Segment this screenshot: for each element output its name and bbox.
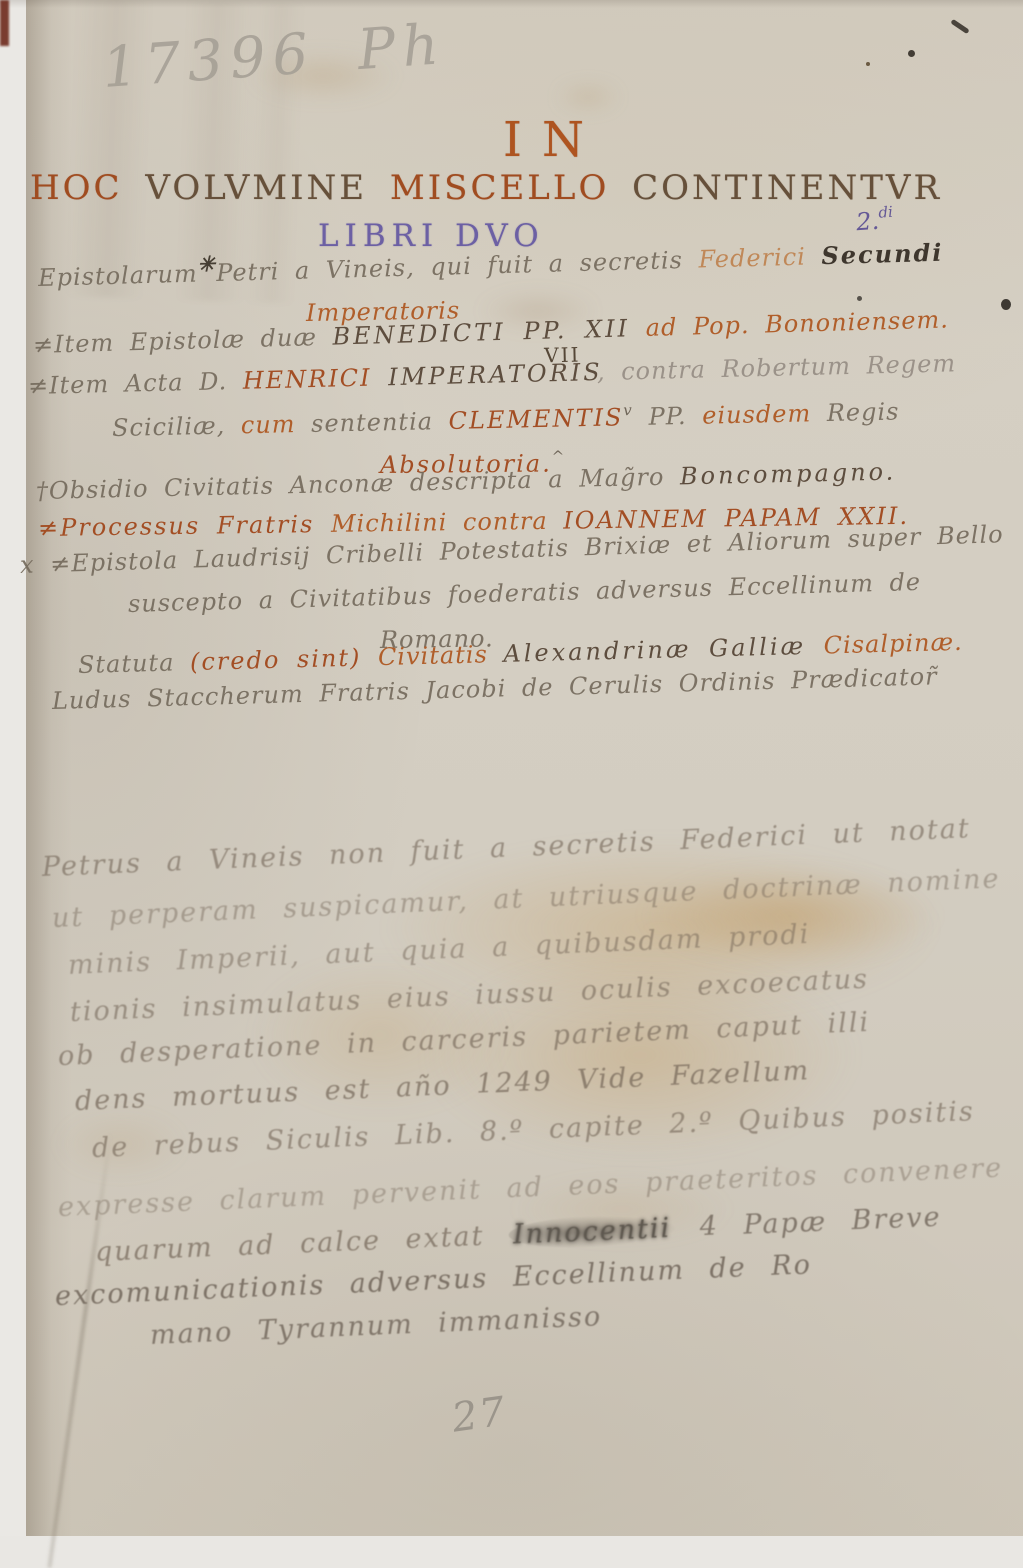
- text-segment: 4 Papæ Breve: [674, 1202, 942, 1244]
- text-segment: quarum ad calce extat: [94, 1220, 509, 1268]
- text-segment: mano Tyrannum immanisso: [149, 1301, 602, 1351]
- manuscript-page: 17396 Ph IN HOC VOLVMINE MISCELLO CONTIN…: [0, 0, 1023, 1536]
- manuscript-line: mano Tyrannum immanisso: [149, 1301, 602, 1351]
- page-number: 27: [449, 1388, 510, 1441]
- faded-note: Petrus a Vineis non fuit a secretis Fede…: [0, 0, 1023, 1536]
- text-segment: Innocentii: [508, 1213, 675, 1251]
